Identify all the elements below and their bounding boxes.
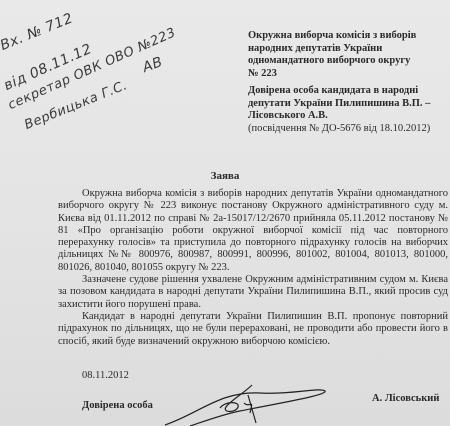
addressee-line: одномандатного виборчого округу (248, 55, 448, 68)
trustee-block: Довірена особа кандидата в народні депут… (248, 85, 448, 135)
signatory-name: А. Лісовський (372, 393, 439, 404)
trustee-line: депутати України Пилипишина В.П. – (248, 98, 448, 111)
addressee-line: Окружна виборча комісія з виборів (248, 30, 448, 43)
body-paragraph: Окружна виборча комісія з виборів народн… (58, 188, 448, 274)
handwritten-initials: АВ (141, 54, 165, 76)
document-date: 08.11.2012 (82, 370, 129, 381)
addressee-line: № 223 (248, 68, 448, 81)
signature-icon (160, 383, 330, 426)
body-paragraph: Зазначене судове рішення ухвалене Окружн… (58, 274, 448, 311)
body-paragraph: Кандидат в народні депутати України Пили… (58, 311, 448, 348)
trustee-certificate: (посвідчення № ДО-5676 від 18.10.2012) (248, 123, 448, 136)
addressee-line: народних депутатів України (248, 43, 448, 56)
document-title: Заява (0, 170, 450, 182)
scanned-document: Вх. № 712 від 08.11.12 секретар ОВК ОВО … (0, 0, 450, 426)
document-body: Окружна виборча комісія з виборів народн… (58, 188, 448, 348)
handwritten-line: Вх. № 712 (0, 10, 75, 54)
signature-label: Довірена особа (82, 400, 153, 411)
trustee-line: Довірена особа кандидата в народні (248, 85, 448, 98)
addressee-block: Окружна виборча комісія з виборів народн… (248, 30, 448, 80)
trustee-line: Лісовського А.В. (248, 110, 448, 123)
